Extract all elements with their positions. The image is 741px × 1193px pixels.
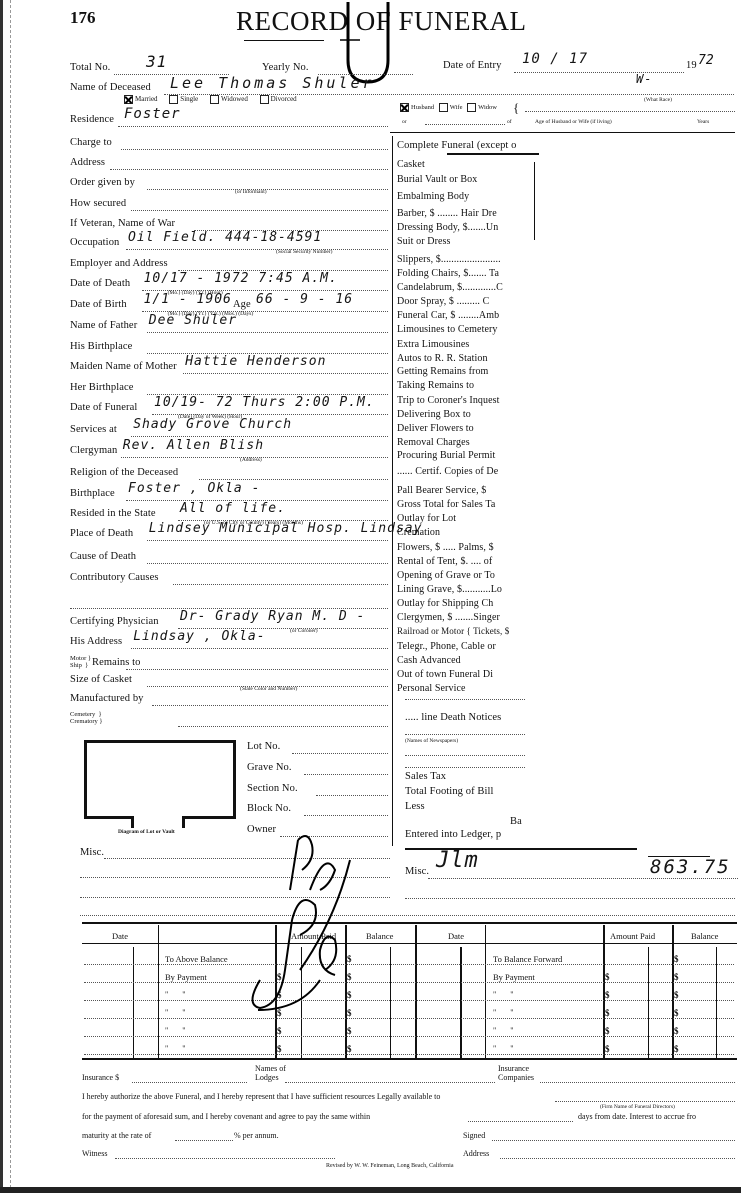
charge-item: Dressing Body, $.......Un: [397, 222, 537, 233]
ledger-balance-header: Balance: [366, 931, 393, 941]
dollar-sign: $: [277, 1008, 282, 1018]
charge-item: Embalming Body: [397, 191, 537, 202]
scan-edge-dashes: [10, 0, 12, 1193]
residence-line: [118, 126, 388, 127]
charge-item: Folding Chairs, $....... Ta: [397, 268, 537, 279]
notice-line-2: [405, 734, 525, 735]
field-value[interactable]: All of life.: [180, 501, 286, 516]
dollar-sign: $: [674, 972, 679, 982]
ledger-amount-paid-header: Amount Paid: [291, 931, 336, 941]
ledger-row-label: " ": [165, 1044, 186, 1053]
field-value[interactable]: Oil Field. 444-18-4591: [128, 230, 322, 245]
charge-item: Autos to R. R. Station: [397, 353, 537, 364]
field-label: Charge to: [70, 137, 112, 148]
revised-credit: Revised by W. W. Feineman, Long Beach, C…: [326, 1163, 453, 1169]
checkbox-icon: [439, 103, 448, 112]
charge-item: ...... Certif. Copies of De: [397, 466, 537, 477]
field-label: If Veteran, Name of War: [70, 218, 175, 229]
field-line: [173, 584, 388, 585]
spouse-name-line: [525, 111, 735, 112]
total-no-field[interactable]: 31: [146, 52, 167, 71]
lot-field-line: [304, 774, 388, 775]
sales-tax-label: Sales Tax: [405, 771, 446, 782]
field-label: Order given by: [70, 177, 135, 188]
ledger-row-line: [84, 1018, 734, 1019]
dollar-sign: $: [605, 990, 610, 1000]
ledger-amount-paid-header-right: Amount Paid: [610, 931, 655, 941]
address-label: Address: [463, 1149, 489, 1158]
charge-item: Lining Grave, $...........Lo: [397, 584, 537, 595]
charge-item: Gross Total for Sales Ta: [397, 499, 537, 510]
dollar-sign: $: [347, 1044, 352, 1054]
field-label: Birthplace: [70, 488, 115, 499]
right-col-inner-divider: [534, 162, 535, 240]
field-line: [147, 189, 388, 190]
signed-label: Signed: [463, 1131, 485, 1140]
ledger-row-label-right: To Balance Forward: [493, 954, 562, 964]
charge-item: Flowers, $ ..... Palms, $: [397, 542, 537, 553]
field-line: [199, 479, 388, 480]
page-number: 176: [70, 8, 96, 28]
date-of-entry-field[interactable]: 10 / 17: [522, 51, 588, 67]
ledger-row-line: [84, 964, 734, 965]
ledger-header-rule: [82, 943, 737, 944]
age-spouse-label: Age of Husband or Wife (if living): [535, 119, 612, 125]
ledger-column-line: [415, 925, 417, 1058]
maturity-label: maturity at the rate of: [82, 1131, 151, 1140]
dollar-sign: $: [674, 954, 679, 964]
charge-item: Burial Vault or Box: [397, 174, 537, 185]
field-label: How secured: [70, 198, 126, 209]
diagram-bottom-left: [84, 816, 132, 819]
charge-item: Outlay for Lot: [397, 513, 537, 524]
ledger-row-line: [84, 1000, 734, 1001]
ledger-row-line: [84, 1036, 734, 1037]
dollar-sign: $: [277, 1026, 282, 1036]
diagram-bottom-right: [183, 816, 233, 819]
date-of-entry-line: [514, 72, 684, 73]
field-line: [131, 210, 388, 211]
days-line: [468, 1121, 573, 1122]
newspapers-caption: (Names of Newspapers): [405, 738, 458, 744]
or-line: [425, 124, 505, 125]
charge-item: Clergymen, $ .......Singer: [397, 612, 537, 623]
field-value[interactable]: Foster , Okla -: [128, 481, 260, 496]
scan-edge-bottom: [0, 1187, 741, 1193]
dollar-sign: $: [277, 972, 282, 982]
field-value[interactable]: 10/19- 72 Thurs 2:00 P.M.: [154, 395, 375, 410]
field-line: [183, 373, 388, 374]
charge-item: Cremation: [397, 527, 537, 538]
age-label: Age: [233, 299, 251, 310]
motor-ship-label: Motor } Ship }: [70, 655, 91, 669]
name-label: Name of Deceased: [70, 82, 151, 93]
charge-item: Trip to Coroner's Inquest: [397, 395, 537, 406]
charge-item: Out of town Funeral Di: [397, 669, 537, 680]
dollar-sign: $: [347, 972, 352, 982]
ledger-date-header: Date: [112, 931, 128, 941]
misc-left-line-3: [80, 897, 390, 898]
ledger-row-label-right: " ": [493, 1026, 514, 1035]
ledger-row-line: [84, 1054, 734, 1055]
field-label: Remains to: [92, 657, 141, 668]
charge-item: Door Spray, $ ......... C: [397, 296, 537, 307]
checkbox-icon: [260, 95, 269, 104]
checkbox-divorced[interactable]: Divorced: [260, 95, 297, 103]
lot-diagram-box: [84, 740, 236, 819]
charge-item: Cash Advanced: [397, 655, 537, 666]
misc-left-line-2: [80, 877, 390, 878]
dollar-sign: $: [674, 990, 679, 1000]
checkbox-icon: [210, 95, 219, 104]
cemetery-crematory-label: Cemetery } Crematory }: [70, 711, 103, 725]
field-label: Her Birthplace: [70, 382, 134, 393]
ledger-date-header-right: Date: [448, 931, 464, 941]
field-value[interactable]: Dr- Grady Ryan M. D -: [180, 609, 365, 624]
ledger-row-label: " ": [165, 990, 186, 999]
balance-label: Ba: [510, 816, 522, 827]
dollar-sign: $: [347, 1026, 352, 1036]
ins-companies-2: Companies: [498, 1073, 534, 1082]
total-no-label: Total No.: [70, 62, 110, 73]
insurance-line: [132, 1082, 247, 1083]
misc-right-line-2: [405, 898, 735, 899]
diagram-leg-left: [131, 816, 134, 828]
field-label: Services at: [70, 424, 117, 435]
lot-field-label: Owner: [247, 824, 276, 835]
misc-left-label: Misc.: [80, 847, 104, 858]
entered-ledger-label: Entered into Ledger, p: [405, 829, 501, 840]
checkbox-checked-icon: [400, 103, 409, 112]
name-field[interactable]: Lee Thomas Shuler: [170, 74, 375, 92]
ledger-row-label: " ": [165, 1026, 186, 1035]
ledger-top-rule: [82, 922, 737, 924]
field-label: Manufactured by: [70, 693, 144, 704]
ledger-row-label-right: " ": [493, 1008, 514, 1017]
lodges-label-2: Lodges: [255, 1073, 279, 1082]
address-line: [500, 1158, 735, 1159]
misc-right-line: [428, 878, 738, 879]
date-of-entry-label: Date of Entry: [443, 60, 501, 71]
dollar-sign: $: [605, 1026, 610, 1036]
ledger-row-label: By Payment: [165, 972, 207, 982]
page-title: RECORD OF FUNERAL: [236, 6, 527, 37]
ledger-row-line: [84, 982, 734, 983]
field-value[interactable]: Shady Grove Church: [133, 417, 292, 432]
field-value[interactable]: Hattie Henderson: [185, 354, 326, 369]
rate-line: [175, 1140, 233, 1141]
dollar-sign: $: [605, 1008, 610, 1018]
scan-edge-left: [0, 0, 3, 1193]
field-caption: (Social Security Number): [276, 249, 333, 255]
column-divider: [392, 136, 393, 846]
witness-line: [115, 1158, 335, 1159]
notice-line-4: [405, 767, 525, 768]
dollar-sign: $: [347, 954, 352, 964]
field-label: Occupation: [70, 237, 119, 248]
field-line: [147, 540, 388, 541]
field-label: Clergyman: [70, 445, 117, 456]
charge-item: Candelabrum, $.............C: [397, 282, 537, 293]
less-label: Less: [405, 801, 425, 812]
dollar-sign: $: [347, 990, 352, 1000]
diagram-caption: Diagram of Lot or Vault: [118, 829, 175, 835]
charge-item: Deliver Flowers to: [397, 423, 537, 434]
field-value[interactable]: Lindsey Municipal Hosp. Lindsay: [149, 521, 423, 536]
residence-field[interactable]: Foster: [124, 106, 181, 122]
charge-item: Removal Charges: [397, 437, 537, 448]
checkbox-husband[interactable]: Husband: [400, 104, 434, 111]
ledger-row-label-right: " ": [493, 1044, 514, 1053]
checkbox-icon: [169, 95, 178, 104]
charge-item: Getting Remains from: [397, 366, 537, 377]
covenant-line: for the payment of aforesaid sum, and I …: [82, 1112, 370, 1121]
dollar-sign: $: [605, 972, 610, 982]
ledger-column-line: [485, 925, 486, 1058]
firm-caption: (Firm Name of Funeral Directors): [600, 1104, 675, 1110]
field-label: Contributory Causes: [70, 572, 159, 583]
charge-item: Opening of Grave or To: [397, 570, 537, 581]
lot-field-line: [280, 836, 388, 837]
misc-initials[interactable]: Jlm: [436, 848, 479, 873]
field-line: [110, 169, 388, 170]
field-line: [121, 149, 388, 150]
lot-field-line: [316, 795, 388, 796]
charge-item: Outlay for Shipping Ch: [397, 598, 537, 609]
ledger-column-line: [158, 925, 159, 1058]
lot-field-label: Block No.: [247, 803, 291, 814]
ins-companies-1: Insurance: [498, 1064, 529, 1073]
field-label: His Address: [70, 636, 122, 647]
field-label: Resided in the State: [70, 508, 156, 519]
checkbox-widowed[interactable]: Widowed: [210, 95, 248, 103]
field-line: [147, 563, 388, 564]
field-value[interactable]: Rev. Allen Blish: [123, 438, 264, 453]
charge-item: Barber, $ ........ Hair Dre: [397, 208, 537, 219]
field-line: [178, 726, 388, 727]
charge-item: Personal Service: [397, 683, 537, 694]
dollar-sign: $: [605, 1044, 610, 1054]
charge-item: Slippers, $.......................: [397, 254, 537, 265]
field-line: [152, 705, 388, 706]
field-label: Religion of the Deceased: [70, 467, 178, 478]
field-value[interactable]: Lindsay , Okla-: [133, 629, 265, 644]
years-label: Years: [697, 119, 709, 125]
field-label: Place of Death: [70, 528, 133, 539]
charge-item: Rental of Tent, $. .... of: [397, 556, 537, 567]
charge-item: Extra Limousines: [397, 339, 537, 350]
checkbox-single[interactable]: Single: [169, 95, 198, 103]
companies-line: [540, 1082, 735, 1083]
lot-field-label: Section No.: [247, 783, 298, 794]
witness-label: Witness: [82, 1149, 107, 1158]
field-label: His Birthplace: [70, 341, 132, 352]
dollar-sign: $: [674, 1044, 679, 1054]
field-line: [131, 648, 388, 649]
lot-field-label: Grave No.: [247, 762, 292, 773]
of-label: of: [507, 119, 512, 125]
charge-item: Limousines to Cemetery: [397, 324, 537, 335]
field-label: Employer and Address: [70, 258, 168, 269]
yearly-no-label: Yearly No.: [262, 62, 309, 73]
checkbox-married[interactable]: Married: [124, 95, 158, 103]
field-label: Size of Casket: [70, 674, 132, 685]
charge-item: Taking Remains to: [397, 380, 537, 391]
lot-field-line: [292, 753, 388, 754]
lodges-line: [285, 1082, 495, 1083]
spouse-role-group: Husband Wife Widow: [400, 103, 497, 112]
lot-field-line: [304, 815, 388, 816]
dollar-sign: $: [674, 1008, 679, 1018]
charge-item: Casket: [397, 159, 537, 170]
signed-line: [492, 1140, 735, 1141]
field-label: Address: [70, 157, 105, 168]
or-label: or: [402, 119, 407, 125]
field-line: [131, 436, 388, 437]
field-line: [147, 332, 388, 333]
field-label: Maiden Name of Mother: [70, 361, 177, 372]
brace: {: [513, 100, 519, 116]
charge-item: Procuring Burial Permit: [397, 450, 537, 461]
death-notices-label: ..... line Death Notices: [405, 712, 501, 723]
checkbox-wife[interactable]: Wife: [439, 104, 463, 111]
title-rule: [244, 40, 324, 41]
field-label: Certifying Physician: [70, 616, 159, 627]
insurance-label: Insurance $: [82, 1073, 119, 1082]
field-value[interactable]: 1/1 - 1906: [144, 292, 232, 307]
header-rule: [390, 132, 735, 133]
ledger-row-label-right: " ": [493, 990, 514, 999]
days-from-date: days from date. Interest to accrue fro: [578, 1112, 696, 1121]
ledger-bottom-rule: [82, 1058, 737, 1060]
misc-right-label: Misc.: [405, 866, 429, 877]
residence-label: Residence: [70, 114, 114, 125]
diagram-leg-right: [182, 816, 185, 828]
field-line: [126, 669, 388, 670]
field-label: Name of Father: [70, 320, 137, 331]
lot-field-label: Lot No.: [247, 741, 280, 752]
misc-amount[interactable]: 863.75: [650, 856, 731, 878]
misc-left-line-1: [104, 858, 390, 859]
field-label: Date of Death: [70, 278, 130, 289]
field-value[interactable]: 10/17 - 1972 7:45 A.M.: [144, 271, 338, 286]
dollar-sign: $: [277, 1044, 282, 1054]
dollar-sign: $: [347, 1008, 352, 1018]
race-caption: (What Race): [644, 97, 672, 103]
field-caption: (Address): [240, 457, 262, 463]
charge-item: Delivering Box to: [397, 409, 537, 420]
charge-item: Funeral Car, $ ........Amb: [397, 310, 537, 321]
misc-bottom-line: [80, 915, 735, 916]
checkbox-icon: [467, 103, 476, 112]
notice-line-3: [405, 755, 525, 756]
field-caption: (or Coroner): [290, 628, 318, 634]
year-field[interactable]: 72: [698, 53, 714, 68]
charge-item: Telegr., Phone, Cable or: [397, 641, 537, 652]
checkbox-widow[interactable]: Widow: [467, 104, 497, 111]
field-line: [126, 249, 388, 250]
authorize-line: I hereby authorize the above Funeral, an…: [82, 1092, 440, 1101]
race-field[interactable]: W-: [636, 72, 652, 86]
field-label: Cause of Death: [70, 551, 136, 562]
per-annum-label: % per annum.: [234, 1131, 279, 1140]
marital-status-group: Married Single Widowed Divorced: [124, 95, 297, 104]
field-caption: (State Color and Number): [240, 686, 297, 692]
firm-line: [555, 1101, 735, 1102]
age-value[interactable]: 66 - 9 - 16: [256, 292, 353, 307]
notice-line-1: [405, 699, 525, 700]
field-label: Date of Funeral: [70, 402, 137, 413]
lodges-label-1: Names of: [255, 1064, 286, 1073]
charge-item: Pall Bearer Service, $: [397, 485, 537, 496]
field-label: Date of Birth: [70, 299, 127, 310]
header-underline: [447, 153, 539, 155]
ledger-balance-header-right: Balance: [691, 931, 718, 941]
field-value[interactable]: Dee Shuler: [149, 313, 237, 328]
ledger-row-label-right: By Payment: [493, 972, 535, 982]
total-footing-label: Total Footing of Bill: [405, 786, 494, 797]
year-prefix: 19: [686, 60, 697, 71]
complete-funeral-header: Complete Funeral (except o: [397, 140, 517, 151]
charge-item: Suit or Dress: [397, 236, 537, 247]
ledger-row-label: To Above Balance: [165, 954, 228, 964]
dollar-sign: $: [277, 990, 282, 1000]
ledger-row-label: " ": [165, 1008, 186, 1017]
field-caption: (or Informant): [235, 189, 267, 195]
charge-item: Railroad or Motor { Tickets, $: [397, 626, 537, 636]
checkbox-checked-icon: [124, 95, 133, 104]
dollar-sign: $: [674, 1026, 679, 1036]
